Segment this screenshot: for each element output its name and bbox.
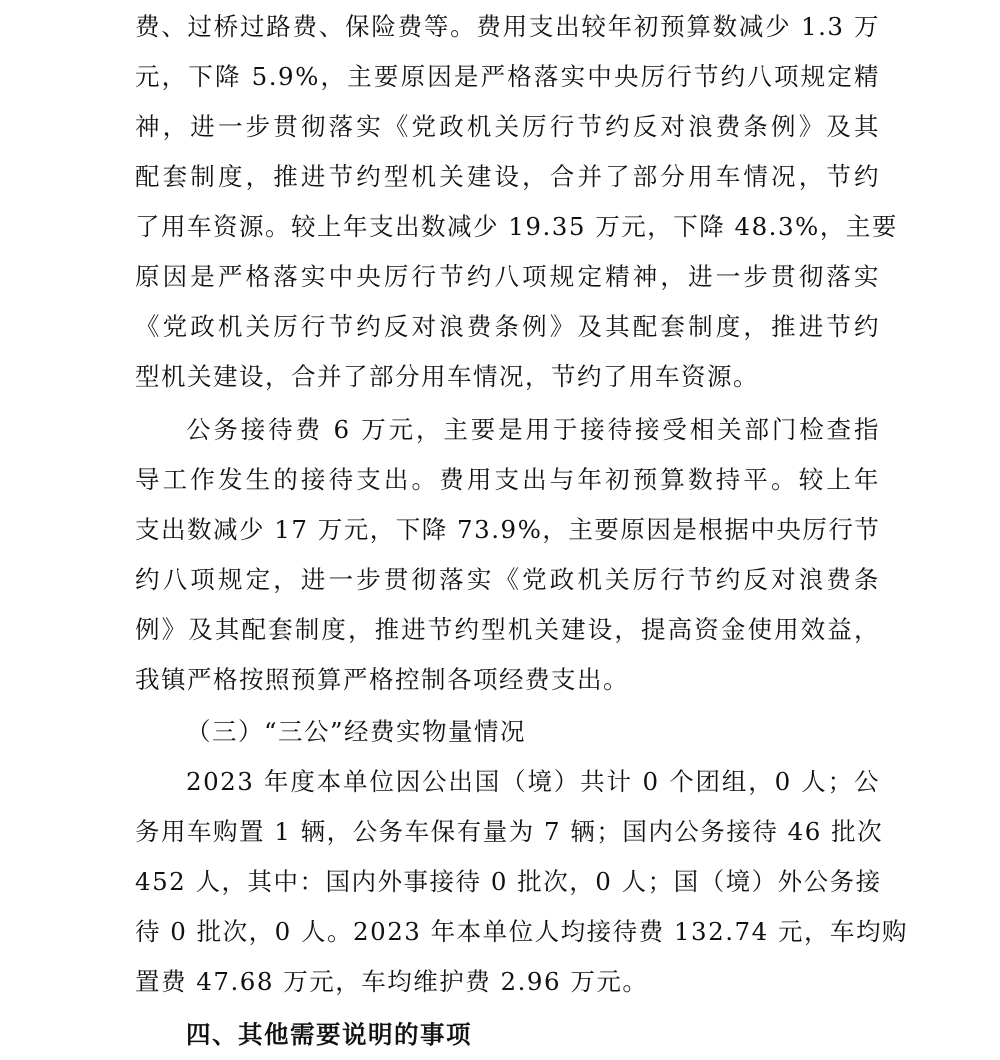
text-line: 神，进一步贯彻落实《党政机关厉行节约反对浪费条例》及其 <box>135 102 880 152</box>
section-heading: 四、其他需要说明的事项 <box>186 1010 472 1060</box>
text-line: 配套制度，推进节约型机关建设，合并了部分用车情况，节约 <box>135 152 880 202</box>
text-line: 公务接待费 6 万元，主要是用于接待接受相关部门检查指 <box>186 405 880 455</box>
text-line: 置费 47.68 万元，车均维护费 2.96 万元。 <box>135 957 880 1007</box>
text-line: 《党政机关厉行节约反对浪费条例》及其配套制度，推进节约 <box>135 302 880 352</box>
text-line: 待 0 批次，0 人。2023 年本单位人均接待费 132.74 元，车均购 <box>135 907 880 957</box>
text-line: 元，下降 5.9%，主要原因是严格落实中央厉行节约八项规定精 <box>135 52 880 102</box>
text-line: 费、过桥过路费、保险费等。费用支出较年初预算数减少 1.3 万 <box>135 2 880 52</box>
text-line: 支出数减少 17 万元，下降 73.9%，主要原因是根据中央厉行节 <box>135 505 880 555</box>
text-line: 2023 年度本单位因公出国（境）共计 0 个团组，0 人；公 <box>186 757 880 807</box>
text-line: 务用车购置 1 辆，公务车保有量为 7 辆；国内公务接待 46 批次 <box>135 807 880 857</box>
text-line: 我镇严格按照预算严格控制各项经费支出。 <box>135 655 880 705</box>
text-line: 例》及其配套制度，推进节约型机关建设，提高资金使用效益， <box>135 605 880 655</box>
document-page: 费、过桥过路费、保险费等。费用支出较年初预算数减少 1.3 万 元，下降 5.9… <box>0 0 1000 1060</box>
text-line: 型机关建设，合并了部分用车情况，节约了用车资源。 <box>135 352 880 402</box>
text-line: 452 人，其中：国内外事接待 0 批次，0 人；国（境）外公务接 <box>135 857 880 907</box>
text-line: 约八项规定，进一步贯彻落实《党政机关厉行节约反对浪费条 <box>135 555 880 605</box>
text-line: 导工作发生的接待支出。费用支出与年初预算数持平。较上年 <box>135 455 880 505</box>
text-line: 了用车资源。较上年支出数减少 19.35 万元，下降 48.3%，主要 <box>135 202 880 252</box>
text-line: 原因是严格落实中央厉行节约八项规定精神，进一步贯彻落实 <box>135 252 880 302</box>
section-subheading: （三）“三公”经费实物量情况 <box>186 707 526 757</box>
